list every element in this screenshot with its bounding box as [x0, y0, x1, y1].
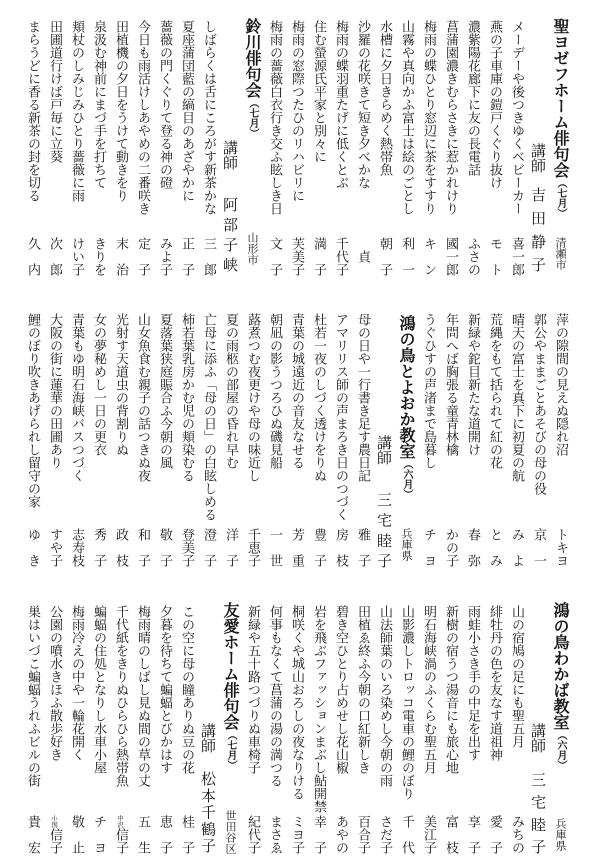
haiku-text: 新緑や鉈目新たな道開け: [461, 313, 483, 456]
band-middle: 萍の隙間の見えぬ隠れ沼トキヨ 郭公やままごとあそびの母の役京一 晴天の富士を真下…: [21, 313, 571, 583]
section-title-column: 鈴川俳句会（七月） 山形市: [241, 20, 263, 290]
haiku-text: 大阪の街に蓮華の田圃あり: [43, 313, 65, 469]
lecturer-label: 講師: [197, 723, 219, 753]
haiku-author: 末治: [109, 237, 131, 276]
haiku-text: 千代紙をきりぬひらひら熱帯魚: [109, 605, 131, 787]
haiku-column: 青葉の城遠近の音友なせる芳重: [285, 313, 307, 583]
section-title: 聖ヨゼフホーム俳句会（七月）: [549, 18, 571, 218]
haiku-author: 貴宏: [21, 815, 43, 854]
haiku-author: さだ子: [373, 815, 395, 854]
haiku-text: 女の夢秘めし一日の更衣: [87, 313, 109, 456]
haiku-column: 梅雨冷えの中や一輪花開く敬止: [65, 605, 87, 867]
haiku-column: 新緑や五十路つづりぬ車椅子紀代子: [241, 605, 263, 867]
section-location: 兵庫県: [395, 528, 417, 561]
haiku-text: 明石海峡渦のふくらむ聖五月: [417, 605, 439, 774]
haiku-author: すや子: [43, 528, 65, 567]
haiku-text: 青葉の城遠近の音友なせる: [285, 313, 307, 469]
haiku-author: かの子: [439, 528, 461, 567]
section-location: 清瀬市: [549, 237, 571, 270]
haiku-text: 萍の隙間の見えぬ隠れ沼: [549, 313, 571, 456]
haiku-column: 山女魚食む親子の話つきぬ夜和子: [131, 313, 153, 583]
haiku-column: 山の宿鳩の足にも聖五月みちの: [505, 605, 527, 867]
haiku-text: 光射す天道虫の背割りぬ: [109, 313, 131, 456]
haiku-author: 政枝: [109, 528, 131, 567]
haiku-column: 濃紫陽花廊下に友の長電話ふさの: [461, 20, 483, 290]
haiku-column: 泉汲む神前にまづ手を打ちてきりを: [87, 20, 109, 290]
haiku-author: まさゑ: [263, 815, 285, 854]
haiku-column: 山法師葉のいろ染めし今朝の雨さだ子: [373, 605, 395, 867]
haiku-author: 千恵子: [241, 528, 263, 567]
section-title-text: 鴻の鳥とよおか教室: [397, 315, 416, 459]
lecturer-name: 三宅睦子: [527, 772, 549, 854]
haiku-author: 敬止: [65, 815, 87, 854]
haiku-text: 泉汲む神前にまづ手を打ちて: [87, 20, 109, 189]
haiku-text: 荒縄をもて括られて紅の花: [483, 313, 505, 469]
haiku-text: 桐咲くや城山おろしの夜なりける: [285, 605, 307, 800]
haiku-column: 亡母に添ふ「母の日」の白眩しめる澄子: [197, 313, 219, 583]
haiku-author: 和子: [131, 528, 153, 567]
section-title-text: 鴻の鳥わかば教室: [551, 602, 570, 730]
haiku-text: うぐひすの声渚まで島暮し: [417, 313, 439, 469]
haiku-author: ふさの: [461, 237, 483, 276]
haiku-text: 新緑や五十路つづりぬ車椅子: [241, 605, 263, 774]
haiku-column: 田圃道行けば戸毎に立葵次郎: [43, 20, 65, 290]
haiku-column: 梅雨晴のしばし見ぬ間の草の丈五生: [131, 605, 153, 867]
haiku-author: 房枝: [329, 528, 351, 567]
haiku-text: 蝙蝠の住処となりし水車小屋: [87, 605, 109, 774]
lecturer-label: 講師: [527, 723, 549, 753]
haiku-text: 燕の子車庫の鎧戸くぐり抜け: [483, 20, 505, 189]
section-title: 鴻の鳥わかば教室（六月）: [549, 602, 571, 770]
section-title: 鴻の鳥とよおか教室（六月）: [395, 315, 417, 499]
haiku-author-prefix: 中沢: [109, 815, 131, 828]
haiku-column: 燕の子車庫の鎧戸くぐり抜けモト: [483, 20, 505, 290]
haiku-author: 富枝: [439, 815, 461, 854]
haiku-text: アマリリス師の声まろき日のつづく: [329, 313, 351, 521]
haiku-text: 公園の噴水きほふ散歩好き: [43, 605, 65, 761]
haiku-column: 山影濃しトロッコ電車の鯉のぼり千代: [395, 605, 417, 867]
lecturer-name: 吉田静子: [527, 187, 549, 272]
haiku-column: 今日も雨活けしあやめの二番咲き定子: [131, 20, 153, 290]
haiku-column: 碧き空ひとり占めせし花山椒あやの: [329, 605, 351, 867]
section-title-column: 鴻の鳥とよおか教室（六月） 兵庫県: [395, 313, 417, 583]
haiku-text: 母の日や一行書き足す農日記: [351, 313, 373, 482]
lecturer-label: 講師: [373, 435, 395, 465]
haiku-author: 秀子: [87, 528, 109, 567]
haiku-column: 光射す天道虫の背割りぬ政枝: [109, 313, 131, 583]
haiku-column: メーデーや後つきゆくベビーカー喜一郎: [505, 20, 527, 290]
haiku-author: とみ: [483, 528, 505, 567]
haiku-author: けい子: [65, 237, 87, 276]
haiku-text: 夏落葉狭庭賑合ふ今朝の風: [153, 313, 175, 469]
haiku-text: 青葉もゆ明石海峡バスつづく: [65, 313, 87, 482]
haiku-text: 田植機の夕日をうけて動きをり: [109, 20, 131, 202]
haiku-text: 梅雨の蝶羽重たげに低くとぶ: [329, 20, 351, 189]
haiku-author: 信子: [43, 828, 65, 854]
haiku-author: チヨ: [417, 528, 439, 567]
haiku-text: 菖蒲園濃きむらさきに惹かれけり: [439, 20, 461, 215]
haiku-column: 郭公やままごとあそびの母の役京一: [527, 313, 549, 583]
haiku-author: 登美子: [175, 528, 197, 567]
haiku-author: 千代: [395, 815, 417, 854]
haiku-column: 蝙蝠の住処となりし水車小屋チヨ: [87, 605, 109, 867]
haiku-author: 京一: [527, 528, 549, 567]
haiku-column: 水槽に夕日きらめく熱帯魚朝子: [373, 20, 395, 290]
haiku-author: みよ子: [153, 237, 175, 276]
haiku-author: キン: [417, 237, 439, 276]
haiku-column: 新樹の宿うつ湯音にも旅心地富枝: [439, 605, 461, 867]
haiku-text: 碧き空ひとり占めせし花山椒: [329, 605, 351, 774]
haiku-author-prefix: 小国: [43, 815, 65, 828]
haiku-text: 梅雨の窓際つたひのリハビリに: [285, 20, 307, 202]
lecturer-label: 講師: [527, 143, 549, 173]
haiku-text: 新樹の宿うつ湯音にも旅心地: [439, 605, 461, 774]
section-month: （七月）: [555, 178, 566, 218]
haiku-column: 夏の雨柩の部屋の昏れ早む洋子: [219, 313, 241, 583]
haiku-text: しばらくは舌にころがす新茶かな: [197, 20, 219, 215]
section-month: （六月）: [555, 730, 566, 770]
haiku-author: ミヨ子: [285, 815, 307, 854]
haiku-text: 田植ゑ終ふ今朝の口紅新しき: [351, 605, 373, 774]
haiku-author: 芙美子: [285, 237, 307, 276]
haiku-text: 柿若葉乳房かむ児の頬染むる: [175, 313, 197, 482]
section-title-text: 鈴川俳句会: [243, 18, 262, 98]
haiku-column: 夏座蒲団藍の縞目のあざやかに正子: [175, 20, 197, 290]
haiku-author: 享子: [461, 815, 483, 854]
haiku-column: 年問へば胸張る童青林檎かの子: [439, 313, 461, 583]
haiku-text: 薔薇の門くぐりて登る神の磴: [153, 20, 175, 189]
haiku-author: 紀代子: [241, 815, 263, 854]
section-title-column: 聖ヨゼフホーム俳句会（七月） 清瀬市: [549, 20, 571, 290]
haiku-text: 山霧や真向かふ富士は絵のごとし: [395, 20, 417, 215]
haiku-text: 山影濃しトロッコ電車の鯉のぼり: [395, 605, 417, 800]
haiku-column: 梅雨の薔薇白衣行き交ふ眩しき日文子: [263, 20, 285, 290]
haiku-text: 山法師葉のいろ染めし今朝の雨: [373, 605, 395, 787]
haiku-author: 貞: [351, 237, 373, 276]
haiku-column: 萍の隙間の見えぬ隠れ沼トキヨ: [549, 313, 571, 583]
haiku-text: 蕗煮つむ夜更けや母の味近し: [241, 313, 263, 482]
haiku-text: 何事もなくて菖蒲の湯の満つる: [263, 605, 285, 787]
lecturer-name: 三宅睦子: [373, 492, 395, 568]
haiku-text: 田圃道行けば戸毎に立葵: [43, 20, 65, 163]
haiku-author: 志寿枝: [65, 528, 87, 567]
haiku-text: まらうどに香る新茶の封を切る: [21, 20, 43, 202]
haiku-author: みよ: [505, 528, 527, 567]
haiku-column: 母の日や一行書き足す農日記雅子: [351, 313, 373, 583]
haiku-author: 正子: [175, 237, 197, 276]
haiku-column: 雨蛙小さき手の中足を出す享子: [461, 605, 483, 867]
haiku-text: 梅雨晴のしばし見ぬ間の草の丈: [131, 605, 153, 787]
haiku-text: 夕暮を待ちて蝙蝠とびかはす: [153, 605, 175, 774]
haiku-column: 千代紙をきりぬひらひら熱帯魚中沢信子: [109, 605, 131, 867]
haiku-text: 杜若一夜のしづく透けをりぬ: [307, 313, 329, 482]
lecturer-column: 講師 吉田静子: [527, 20, 549, 290]
haiku-author: 五生: [131, 815, 153, 854]
haiku-author: 洋子: [219, 528, 241, 567]
lecturer-name: 阿部子峡: [219, 197, 241, 272]
haiku-text: 山女魚食む親子の話つきぬ夜: [131, 313, 153, 482]
haiku-column: しばらくは舌にころがす新茶かな三郎: [197, 20, 219, 290]
section-title: 鈴川俳句会（七月）: [241, 18, 263, 138]
haiku-column: 岩を飛ぶファッションまぶし鮎開禁幸子: [307, 605, 329, 867]
haiku-column: まらうどに香る新茶の封を切る久内: [21, 20, 43, 290]
haiku-text: 晴天の富士を真下に初夏の航: [505, 313, 527, 482]
haiku-column: 鯉のぼり吹きあげられし留守の家ゆき: [21, 313, 43, 583]
haiku-column: 何事もなくて菖蒲の湯の満つるまさゑ: [263, 605, 285, 867]
section-title: 友愛ホーム俳句会（七月）: [219, 602, 241, 770]
haiku-author: あやの: [329, 815, 351, 854]
haiku-text: 亡母に添ふ「母の日」の白眩しめる: [197, 313, 219, 521]
haiku-author: 次郎: [43, 237, 65, 276]
haiku-author: 豊子: [307, 528, 329, 567]
haiku-text: 夏座蒲団藍の縞目のあざやかに: [175, 20, 197, 202]
section-month: （六月）: [401, 459, 412, 499]
haiku-column: 住む螢源氏平家と別々に満子: [307, 20, 329, 290]
haiku-author: 久内: [21, 237, 43, 276]
lecturer-column: 講師 三宅睦子: [373, 313, 395, 583]
haiku-text: 朝凪の影うつろひぬ磯見船: [263, 313, 285, 469]
haiku-author: 愛子: [483, 815, 505, 854]
haiku-text: 山の宿鳩の足にも聖五月: [505, 605, 527, 748]
haiku-column: 杜若一夜のしづく透けをりぬ豊子: [307, 313, 329, 583]
section-title-column: 友愛ホーム俳句会（七月） 世田谷区: [219, 605, 241, 867]
haiku-text: 沙羅の花咲きて短き夕べかな: [351, 20, 373, 189]
haiku-column: 荒縄をもて括られて紅の花とみ: [483, 313, 505, 583]
haiku-author: きりを: [87, 237, 109, 276]
section-title-column: 鴻の鳥わかば教室（六月） 兵庫県: [549, 605, 571, 867]
haiku-column: 田植ゑ終ふ今朝の口紅新しき百合子: [351, 605, 373, 867]
haiku-column: 女の夢秘めし一日の更衣秀子: [87, 313, 109, 583]
haiku-text: 年問へば胸張る童青林檎: [439, 313, 461, 456]
haiku-author: 百合子: [351, 815, 373, 854]
band-bottom: 鴻の鳥わかば教室（六月） 兵庫県 講師 三宅睦子 山の宿鳩の足にも聖五月みちの …: [21, 605, 571, 867]
haiku-text: 水槽に夕日きらめく熱帯魚: [373, 20, 395, 176]
haiku-text: 岩を飛ぶファッションまぶし鮎開禁: [307, 605, 329, 813]
section-month: （七月）: [225, 730, 236, 770]
haiku-column: 桐咲くや城山おろしの夜なりけるミヨ子: [285, 605, 307, 867]
haiku-author: 雅子: [351, 528, 373, 567]
haiku-author: 千代子: [329, 237, 351, 276]
section-location: 兵庫県: [549, 818, 571, 851]
haiku-column: この空に母の瞳ありぬ豆の花桂子: [175, 605, 197, 867]
haiku-text: 郭公やままごとあそびの母の役: [527, 313, 549, 495]
haiku-text: 今日も雨活けしあやめの二番咲き: [131, 20, 153, 215]
haiku-text: メーデーや後つきゆくベビーカー: [505, 20, 527, 215]
haiku-column: 明石海峡渦のふくらむ聖五月美江子: [417, 605, 439, 867]
haiku-column: 田植機の夕日をうけて動きをり末治: [109, 20, 131, 290]
haiku-column: 大阪の街に蓮華の田圃ありすや子: [43, 313, 65, 583]
haiku-column: 山霧や真向かふ富士は絵のごとし利一: [395, 20, 417, 290]
haiku-author: トキヨ: [549, 528, 571, 567]
haiku-author: みちの: [505, 815, 527, 854]
haiku-column: 薔薇の門くぐりて登る神の磴みよ子: [153, 20, 175, 290]
haiku-author: 美江子: [417, 815, 439, 854]
haiku-text: この空に母の瞳ありぬ豆の花: [175, 605, 197, 774]
haiku-author: 信子: [109, 828, 131, 854]
haiku-text: 夏の雨柩の部屋の昏れ早む: [219, 313, 241, 469]
lecturer-name: 松本千鶴子: [197, 771, 219, 853]
haiku-author: 満子: [307, 237, 329, 276]
haiku-author: 國一郎: [439, 237, 461, 276]
haiku-author: 喜一郎: [505, 237, 527, 276]
haiku-author: 文子: [263, 237, 285, 276]
haiku-column: 菖蒲園濃きむらさきに惹かれけり國一郎: [439, 20, 461, 290]
haiku-text: 梅雨の薔薇白衣行き交ふ眩しき日: [263, 20, 285, 215]
lecturer-column: 講師 阿部子峡: [219, 20, 241, 290]
lecturer-column: 講師 三宅睦子: [527, 605, 549, 867]
section-month: （七月）: [247, 98, 258, 138]
haiku-author: 利一: [395, 237, 417, 276]
haiku-column: 巣はいづこ蝙蝠うれふビルの街貴宏: [21, 605, 43, 867]
haiku-column: 蕗煮つむ夜更けや母の味近し千恵子: [241, 313, 263, 583]
haiku-text: 梅雨の蝶ひとり窓辺に茶をすすり: [417, 20, 439, 215]
haiku-author: 恵子: [153, 815, 175, 854]
haiku-column: 柿若葉乳房かむ児の頬染むる登美子: [175, 313, 197, 583]
haiku-column: 公園の噴水きほふ散歩好き小国信子: [43, 605, 65, 867]
section-location: 山形市: [241, 232, 263, 265]
haiku-column: 新緑や鉈目新たな道開け春弥: [461, 313, 483, 583]
haiku-author: 春弥: [461, 528, 483, 567]
section-title-text: 友愛ホーム俳句会: [221, 602, 240, 730]
haiku-column: 緋牡丹の色を友なす道祖神愛子: [483, 605, 505, 867]
lecturer-label: 講師: [219, 140, 241, 170]
haiku-author: 定子: [131, 237, 153, 276]
haiku-text: 住む螢源氏平家と別々に: [307, 20, 329, 163]
haiku-column: 梅雨の蝶ひとり窓辺に茶をすすりキン: [417, 20, 439, 290]
haiku-text: 巣はいづこ蝙蝠うれふビルの街: [21, 605, 43, 787]
haiku-author: モト: [483, 237, 505, 276]
haiku-column: 朝凪の影うつろひぬ磯見船一世: [263, 313, 285, 583]
haiku-column: 夕暮を待ちて蝙蝠とびかはす恵子: [153, 605, 175, 867]
haiku-column: 梅雨の蝶羽重たげに低くとぶ千代子: [329, 20, 351, 290]
section-title-text: 聖ヨゼフホーム俳句会: [551, 18, 570, 178]
haiku-column: 梅雨の窓際つたひのリハビリに芙美子: [285, 20, 307, 290]
haiku-text: 濃紫陽花廊下に友の長電話: [461, 20, 483, 176]
haiku-author: 桂子: [175, 815, 197, 854]
haiku-column: 晴天の富士を真下に初夏の航みよ: [505, 313, 527, 583]
haiku-author: 芳重: [285, 528, 307, 567]
haiku-text: 緋牡丹の色を友なす道祖神: [483, 605, 505, 761]
haiku-author: 澄子: [197, 528, 219, 567]
haiku-author: 朝子: [373, 237, 395, 276]
haiku-author: 三郎: [197, 237, 219, 276]
haiku-text: 梅雨冷えの中や一輪花開く: [65, 605, 87, 761]
haiku-text: 鯉のぼり吹きあげられし留守の家: [21, 313, 43, 508]
haiku-author: 幸子: [307, 815, 329, 854]
haiku-column: アマリリス師の声まろき日のつづく房枝: [329, 313, 351, 583]
haiku-column: 青葉もゆ明石海峡バスつづく志寿枝: [65, 313, 87, 583]
section-location: 世田谷区: [219, 810, 241, 854]
haiku-text: 頬杖のしみじみひとり薔薇に雨: [65, 20, 87, 202]
haiku-author: チヨ: [87, 815, 109, 854]
lecturer-column: 講師 松本千鶴子: [197, 605, 219, 867]
haiku-column: 夏落葉狭庭賑合ふ今朝の風敬子: [153, 313, 175, 583]
haiku-column: うぐひすの声渚まで島暮しチヨ: [417, 313, 439, 583]
haiku-author: 一世: [263, 528, 285, 567]
haiku-author: 敬子: [153, 528, 175, 567]
haiku-text: 雨蛙小さき手の中足を出す: [461, 605, 483, 761]
haiku-column: 沙羅の花咲きて短き夕べかな貞: [351, 20, 373, 290]
band-top: 聖ヨゼフホーム俳句会（七月） 清瀬市 講師 吉田静子 メーデーや後つきゆくベビー…: [21, 20, 571, 290]
haiku-column: 頬杖のしみじみひとり薔薇に雨けい子: [65, 20, 87, 290]
haiku-author: ゆき: [21, 528, 43, 567]
